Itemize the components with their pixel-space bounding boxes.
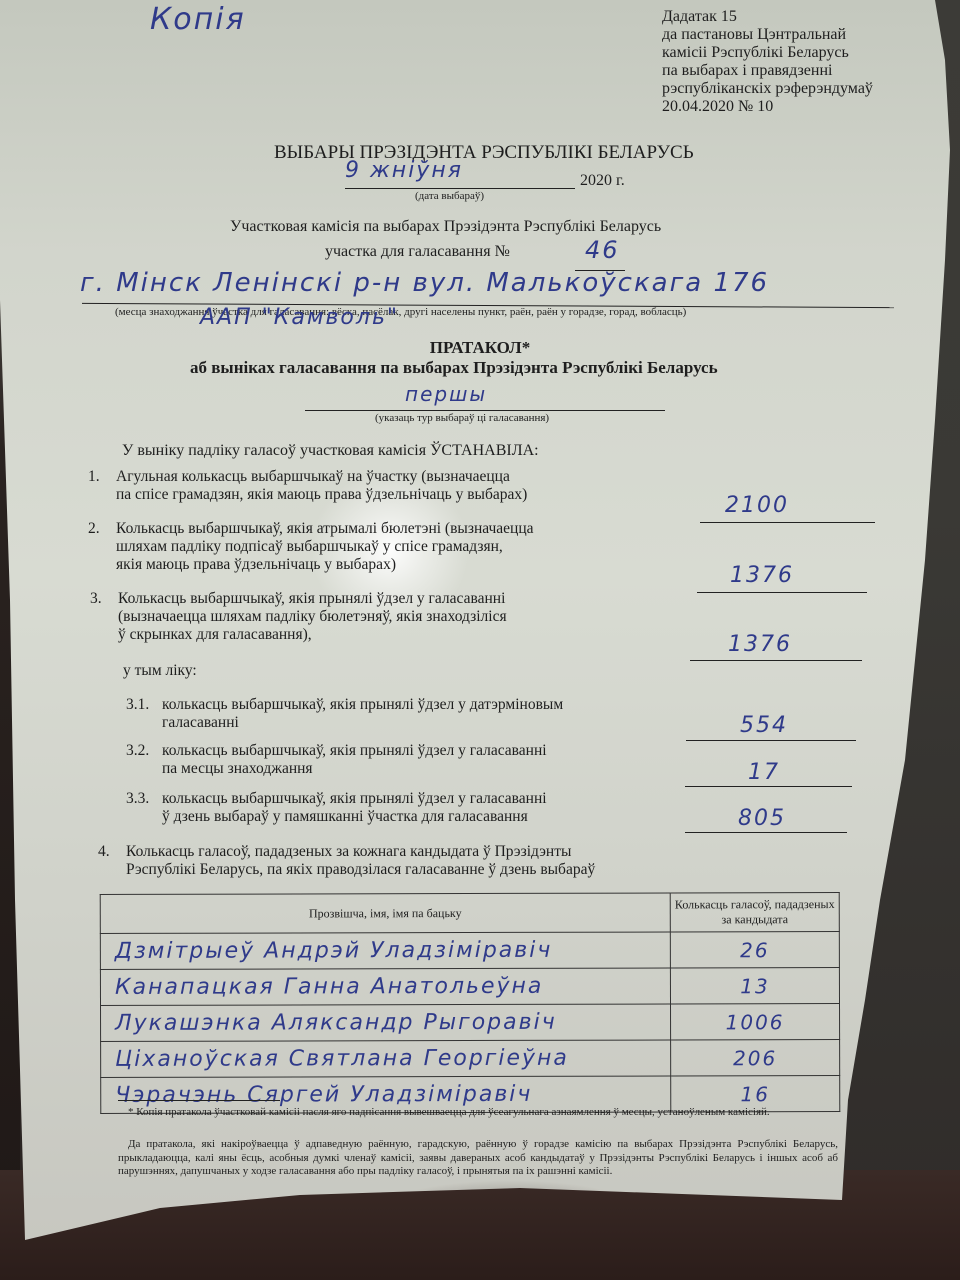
- item-4-text: Колькасць галасоў, пададзеных за кожнага…: [126, 843, 595, 879]
- item-text-line: якія маюць права ўдзельнічаць у выбарах): [116, 556, 534, 574]
- precinct-location-handwritten: г. Мінск Ленінскі р-н вул. Малькоўскага …: [80, 268, 769, 298]
- subitem-3-1-number: 3.1.: [126, 696, 149, 714]
- document-title: ВЫБАРЫ ПРЭЗІДЭНТА РЭСПУБЛІКІ БЕЛАРУСЬ: [274, 142, 694, 164]
- subitem-3-1-text: колькасць выбаршчыкаў, якія прынялі ўдзе…: [162, 696, 563, 732]
- item-text-line: Агульная колькасць выбаршчыкаў на ўчастк…: [116, 468, 527, 486]
- candidate-name: Ціханоўская Святлана Георгіеўна: [101, 1040, 671, 1077]
- item-3-value: 1376: [728, 632, 792, 657]
- item-text-line: колькасць выбаршчыкаў, якія прынялі ўдзе…: [162, 742, 547, 760]
- annex-line: да пастановы Цэнтральнай: [662, 26, 873, 44]
- item-2-number: 2.: [88, 520, 100, 538]
- round-caption: (указаць тур выбараў ці галасавання): [375, 412, 549, 424]
- candidate-votes: 13: [670, 968, 839, 1004]
- item-1-number: 1.: [88, 468, 100, 486]
- item-text-line: Колькасць выбаршчыкаў, якія прынялі ўдзе…: [118, 590, 507, 608]
- date-caption: (дата выбараў): [415, 190, 484, 202]
- item-text-line: Колькасць выбаршчыкаў, якія атрымалі бюл…: [116, 520, 534, 538]
- protocol-sheet: Копія Дадатак 15 да пастановы Цэнтральна…: [0, 0, 960, 1280]
- election-date-handwritten: 9 жніўня: [345, 158, 463, 183]
- precinct-location-line2: ААП "Камволь": [200, 305, 399, 330]
- footnote-attachments: Да пратакола, які накіроўваецца ў адпаве…: [118, 1138, 838, 1179]
- election-round-handwritten: першы: [405, 382, 487, 406]
- candidate-votes: 1006: [671, 1004, 840, 1040]
- item-1-value: 2100: [725, 493, 789, 518]
- item-text-line: ў дзень выбараў у памяшканні ўчастка для…: [162, 808, 547, 826]
- item-3-text: Колькасць выбаршчыкаў, якія прынялі ўдзе…: [118, 590, 507, 644]
- including-label: у тым ліку:: [123, 662, 197, 680]
- table-row: Канапацкая Ганна Анатольеўна 13: [100, 968, 839, 1006]
- item-text-line: галасаванні: [162, 714, 563, 732]
- precinct-number: 46: [585, 236, 620, 264]
- candidate-votes: 206: [671, 1040, 840, 1076]
- candidate-name: Дзмітрыеў Андрэй Уладзіміравіч: [100, 932, 670, 969]
- election-year: 2020 г.: [580, 172, 625, 190]
- annex-line: камісіі Рэспублікі Беларусь: [662, 44, 873, 62]
- item-2-value: 1376: [730, 563, 794, 588]
- item-text-line: па месцы знаходжання: [162, 760, 547, 778]
- table-row: Ціханоўская Святлана Георгіеўна 206: [101, 1040, 840, 1078]
- item-1-text: Агульная колькасць выбаршчыкаў на ўчастк…: [116, 468, 527, 504]
- subitem-3-1-underline: [686, 740, 856, 741]
- annex-line: рэспубліканскіх рэферэндумаў: [662, 80, 873, 98]
- column-header-votes: Колькасць галасоў, пададзеных за кандыда…: [670, 893, 839, 932]
- candidate-name: Лукашэнка Аляксандр Рыгоравіч: [101, 1004, 671, 1041]
- item-text-line: Рэспублікі Беларусь, па якіх праводзілас…: [126, 861, 595, 879]
- item-2-text: Колькасць выбаршчыкаў, якія атрымалі бюл…: [116, 520, 534, 574]
- subitem-3-2-value: 17: [748, 760, 780, 785]
- annex-line: па выбарах і правядзенні: [662, 62, 873, 80]
- commission-name: Участковая камісія па выбарах Прэзідэнта…: [230, 218, 661, 236]
- item-4-number: 4.: [98, 843, 110, 861]
- candidate-votes: 26: [670, 932, 839, 968]
- subitem-3-3-value: 805: [738, 806, 786, 831]
- subitem-3-3-text: колькасць выбаршчыкаў, якія прынялі ўдзе…: [162, 790, 547, 826]
- candidate-name: Канапацкая Ганна Анатольеўна: [100, 968, 670, 1005]
- date-underline: [345, 188, 575, 189]
- footnote-separator: [118, 1100, 280, 1101]
- column-header-name: Прозвішча, імя, імя па бацьку: [100, 893, 670, 933]
- item-text-line: колькасць выбаршчыкаў, якія прынялі ўдзе…: [162, 790, 547, 808]
- item-text-line: шляхам падліку подпісаў выбаршчыкаў у сп…: [116, 538, 534, 556]
- item-1-underline: [700, 522, 875, 523]
- established-statement: У выніку падліку галасоў участковая камі…: [122, 442, 539, 460]
- round-underline: [305, 410, 665, 411]
- candidates-table: Прозвішча, імя, імя па бацьку Колькасць …: [100, 892, 841, 1114]
- table-row: Дзмітрыеў Андрэй Уладзіміравіч 26: [100, 932, 839, 970]
- item-3-underline: [690, 660, 862, 661]
- table-header-row: Прозвішча, імя, імя па бацьку Колькасць …: [100, 893, 839, 934]
- subitem-3-3-underline: [685, 832, 847, 833]
- subitem-3-2-text: колькасць выбаршчыкаў, якія прынялі ўдзе…: [162, 742, 547, 778]
- item-text-line: па спісе грамадзян, якія маюць права ўдз…: [116, 486, 527, 504]
- table-row: Лукашэнка Аляксандр Рыгоравіч 1006: [101, 1004, 840, 1042]
- item-text-line: колькасць выбаршчыкаў, якія прынялі ўдзе…: [162, 696, 563, 714]
- item-text-line: ў скрынках для галасавання),: [118, 626, 507, 644]
- footnote-copy: * Копія пратакола ўчастковай камісіі пас…: [118, 1106, 838, 1120]
- protocol-subtitle: аб выніках галасавання па выбарах Прэзід…: [190, 358, 718, 378]
- item-text-line: (вызначаецца шляхам падліку бюлетэняў, я…: [118, 608, 507, 626]
- item-3-number: 3.: [90, 590, 102, 608]
- subitem-3-3-number: 3.3.: [126, 790, 149, 808]
- subitem-3-2-underline: [685, 786, 852, 787]
- precinct-label: участка для галасавання №: [325, 243, 510, 261]
- item-2-underline: [697, 592, 867, 593]
- item-text-line: Колькасць галасоў, пададзеных за кожнага…: [126, 843, 595, 861]
- annex-line: 20.04.2020 № 10: [662, 98, 873, 116]
- copy-mark-handwritten: Копія: [150, 2, 246, 37]
- annex-reference: Дадатак 15 да пастановы Цэнтральнай камі…: [662, 8, 873, 116]
- subitem-3-1-value: 554: [740, 713, 788, 738]
- annex-line: Дадатак 15: [662, 8, 873, 26]
- subitem-3-2-number: 3.2.: [126, 742, 149, 760]
- protocol-title: ПРАТАКОЛ*: [0, 338, 960, 358]
